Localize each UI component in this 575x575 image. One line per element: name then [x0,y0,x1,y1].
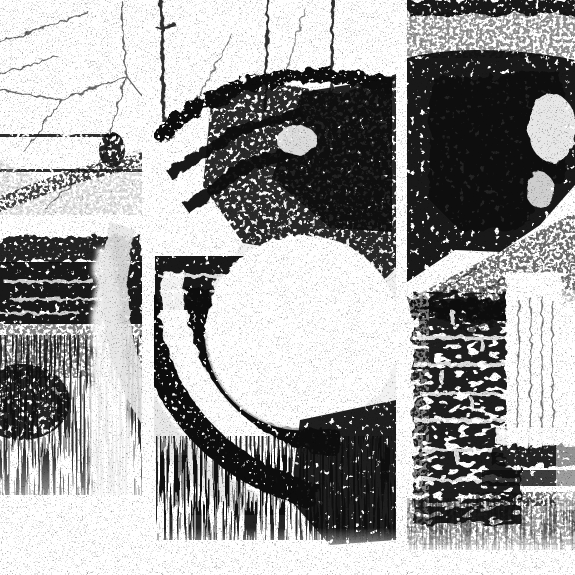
artwork-canvas [0,0,575,575]
collage-svg [0,0,575,575]
dust-speckle-overlay [0,0,575,575]
